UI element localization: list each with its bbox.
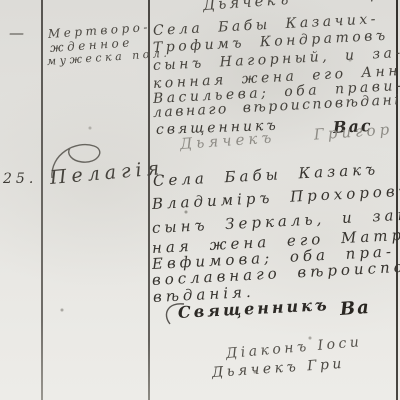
entry2-number: 25.: [3, 171, 37, 187]
register-page-scan: Дьячекъ Гри — Мертворо- жденное мужеска …: [0, 0, 400, 400]
entry1-no-number-dash: —: [9, 24, 24, 42]
entry2-priest-name-fragment: Ва: [339, 297, 371, 320]
column-rule-left: [41, 0, 43, 400]
